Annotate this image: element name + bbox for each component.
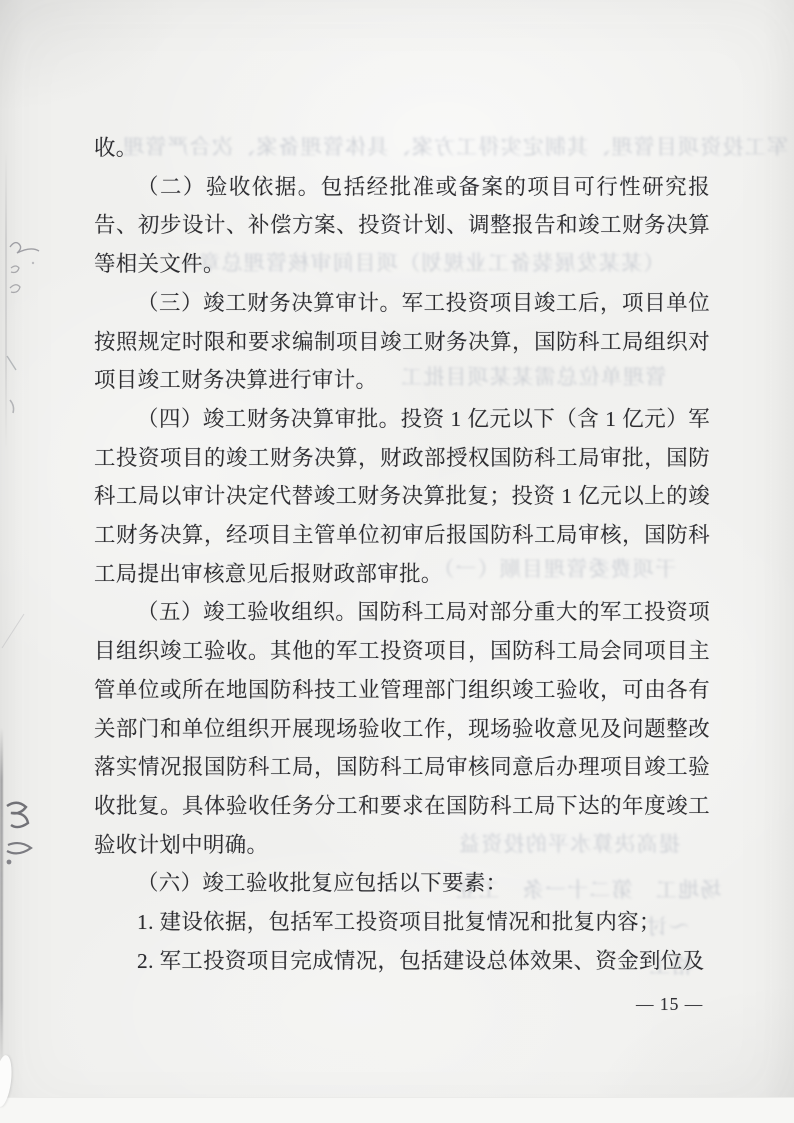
- paragraph: 2. 军工投资项目完成情况，包括建设总体效果、资金到位及: [94, 942, 710, 981]
- paragraph: （二）验收依据。包括经批准或备案的项目可行性研究报告、初步设计、补偿方案、投资计…: [94, 168, 710, 284]
- paragraph: （三）竣工财务决算审计。军工投资项目竣工后，项目单位按照规定时限和要求编制项目竣…: [94, 284, 710, 400]
- paragraph: （六）竣工验收批复应包括以下要素：: [94, 864, 710, 903]
- paragraph: （四）竣工财务决算审批。投资 1 亿元以下（含 1 亿元）军工投资项目的竣工财务…: [94, 400, 710, 594]
- document-body: 收。（二）验收依据。包括经批准或备案的项目可行性研究报告、初步设计、补偿方案、投…: [94, 129, 710, 980]
- paragraph: （五）竣工验收组织。国防科工局对部分重大的军工投资项目组织竣工验收。其他的军工投…: [94, 593, 710, 864]
- scanned-document-page: 军工投资项目管理、其制定实得工方案、具体管理备案、次合严管理（某某发展装备工业规…: [0, 0, 794, 1123]
- bottom-scan-strip: [0, 1097, 794, 1123]
- left-scan-edge: [0, 728, 3, 1068]
- page-corner-curl: [0, 1054, 14, 1108]
- paragraph: 收。: [94, 129, 710, 168]
- paragraph: 1. 建设依据，包括军工投资项目批复情况和批复内容；: [94, 903, 710, 942]
- page-number: — 15 —: [636, 994, 746, 1015]
- left-fold-line: [5, 150, 7, 450]
